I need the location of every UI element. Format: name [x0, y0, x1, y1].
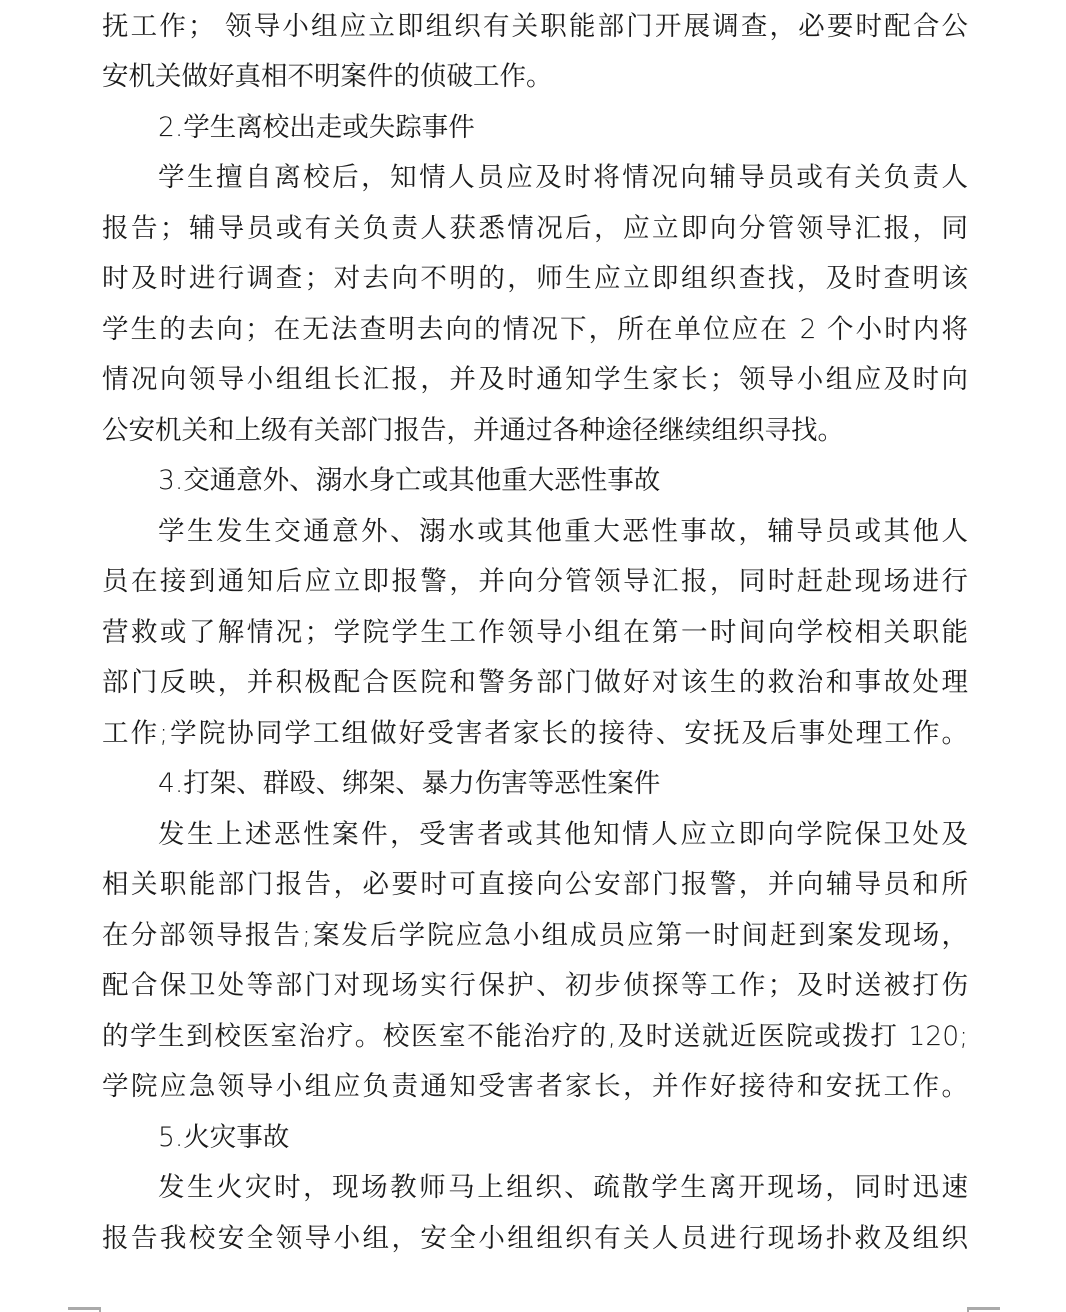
paragraph-first-line: 发生火灾时，现场教师马上组织、疏散学生离开现场，同时迅速: [158, 1173, 968, 1203]
paragraph-last-line: 安机关做好真相不明案件的侦破工作。: [102, 62, 968, 92]
paragraph-line: 学生的去向；在无法查明去向的情况下，所在单位应在 2 个小时内将: [102, 315, 968, 345]
paragraph-line: 部门反映，并积极配合医院和警务部门做好对该生的救治和事故处理: [102, 668, 968, 698]
page-corner-mark-left-vertical: [99, 1307, 101, 1312]
page-corner-mark-right-vertical: [967, 1307, 969, 1312]
paragraph-last-line: 公安机关和上级有关部门报告，并通过各种途径继续组织寻找。: [102, 416, 968, 446]
section-heading: 4.打架、群殴、绑架、暴力伤害等恶性案件: [158, 769, 660, 799]
paragraph-line: 员在接到通知后应立即报警，并向分管领导汇报，同时赶赴现场进行: [102, 567, 968, 597]
paragraph-line: 情况向领导小组组长汇报，并及时通知学生家长；领导小组应及时向: [102, 365, 968, 395]
document-page: 抚工作； 领导小组应立即组织有关职能部门开展调查，必要时配合公安机关做好真相不明…: [0, 0, 1066, 1312]
section-heading: 3.交通意外、溺水身亡或其他重大恶性事故: [158, 466, 660, 496]
paragraph-line: 时及时进行调查；对去向不明的，师生应立即组织查找，及时查明该: [102, 264, 968, 294]
paragraph-line: 的学生到校医室治疗。校医室不能治疗的,及时送就近医院或拨打 120;: [102, 1022, 968, 1052]
paragraph-line: 学院应急领导小组应负责通知受害者家长，并作好接待和安抚工作。: [102, 1072, 968, 1102]
paragraph-line: 工作;学院协同学工组做好受害者家长的接待、安抚及后事处理工作。: [102, 719, 968, 749]
paragraph-line: 报告我校安全领导小组，安全小组组织有关人员进行现场扑救及组织: [102, 1224, 968, 1254]
page-corner-mark-left-horizontal: [68, 1307, 101, 1310]
section-heading: 2.学生离校出走或失踪事件: [158, 113, 475, 143]
paragraph-first-line: 学生发生交通意外、溺水或其他重大恶性事故，辅导员或其他人: [158, 517, 968, 547]
paragraph-line: 抚工作； 领导小组应立即组织有关职能部门开展调查，必要时配合公: [102, 12, 968, 42]
paragraph-first-line: 学生擅自离校后，知情人员应及时将情况向辅导员或有关负责人: [158, 163, 968, 193]
paragraph-line: 配合保卫处等部门对现场实行保护、初步侦探等工作；及时送被打伤: [102, 971, 968, 1001]
paragraph-line: 报告；辅导员或有关负责人获悉情况后，应立即向分管领导汇报，同: [102, 214, 968, 244]
paragraph-line: 相关职能部门报告，必要时可直接向公安部门报警，并向辅导员和所: [102, 870, 968, 900]
paragraph-line: 营救或了解情况；学院学生工作领导小组在第一时间向学校相关职能: [102, 618, 968, 648]
paragraph-first-line: 发生上述恶性案件，受害者或其他知情人应立即向学院保卫处及: [158, 820, 968, 850]
section-heading: 5.火灾事故: [158, 1123, 289, 1153]
paragraph-line: 在分部领导报告;案发后学院应急小组成员应第一时间赶到案发现场，: [102, 921, 968, 951]
page-corner-mark-right-horizontal: [967, 1307, 1000, 1310]
